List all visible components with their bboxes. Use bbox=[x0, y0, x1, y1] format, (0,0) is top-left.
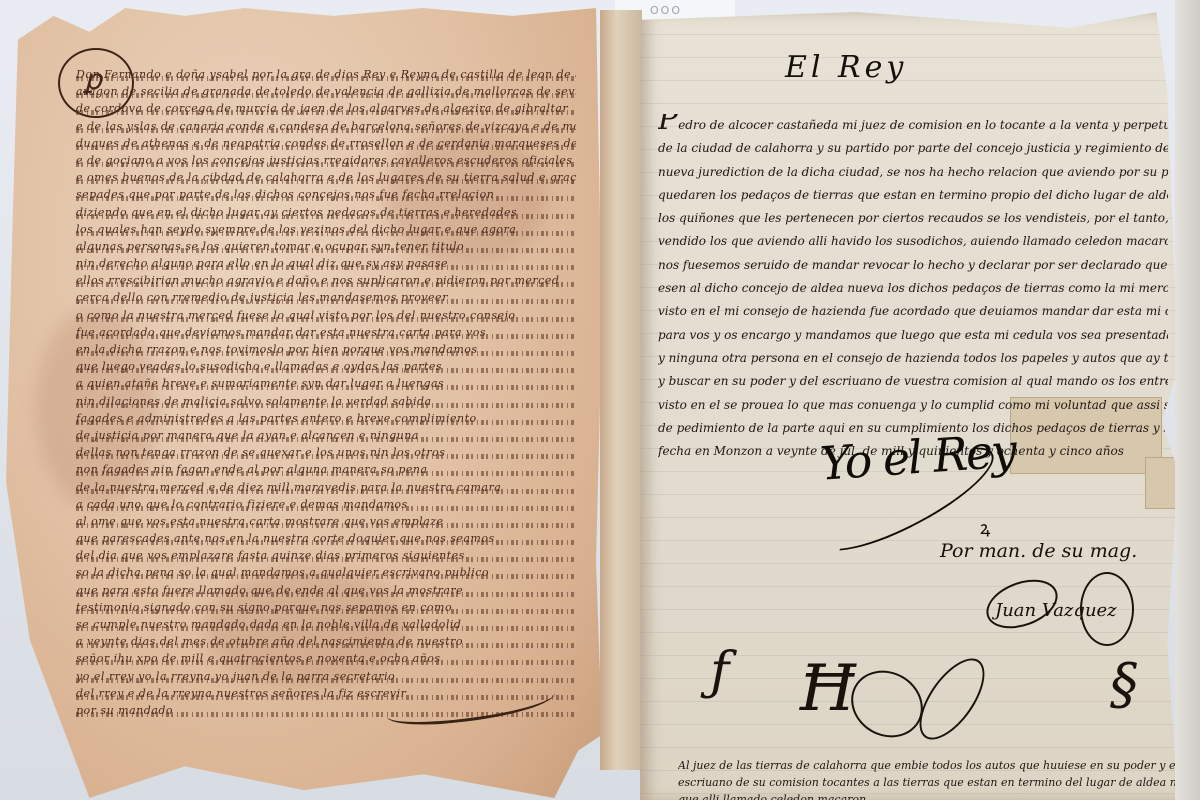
marginal-note: Al juez de las tierras de calahorra que … bbox=[678, 757, 1178, 800]
manuscript-line: Pedro de alcocer castañeda mi juez de co… bbox=[658, 114, 1168, 137]
manuscript-line: dellas non tenga rrazon de se quexar e l… bbox=[76, 446, 576, 463]
manuscript-line: quedaren los pedaços de tierras que esta… bbox=[658, 184, 1168, 207]
right-page-text: Pedro de alcocer castañeda mi juez de co… bbox=[658, 114, 1168, 463]
manuscript-line: de la ciudad de calahorra y su partido p… bbox=[658, 137, 1168, 160]
rubric-mark-icon: ƒ bbox=[710, 642, 729, 702]
manuscript-line: e omes buenos de la çibdad de calahorra … bbox=[76, 171, 576, 188]
manuscript-line: Don Fernando e doña ysabel por la gra de… bbox=[76, 68, 576, 85]
manuscript-line: que luego veades lo susodicho e llamadas… bbox=[76, 360, 576, 377]
manuscript-line: y buscar en su poder y del escriuano de … bbox=[658, 370, 1168, 393]
signature-loop bbox=[1080, 572, 1134, 646]
manuscript-line: que alli llamado celedon macaron bbox=[678, 791, 1178, 800]
manuscript-line: nos fuesemos seruido de mandar revocar l… bbox=[658, 254, 1168, 277]
manuscript-line: çerca dello con rremedio de justiçia les… bbox=[76, 291, 576, 308]
manuscript-line: de justiçia por manera que la ayan e alc… bbox=[76, 429, 576, 446]
left-page-text: Don Fernando e doña ysabel por la gra de… bbox=[76, 68, 576, 721]
book-gutter bbox=[600, 10, 642, 770]
manuscript-line: so la dicha pena so la qual mandamos a q… bbox=[76, 566, 576, 583]
manuscript-line: nin dilaçiones de maliçia salvo solament… bbox=[76, 395, 576, 412]
manuscript-line: visto en el se prouea lo que mas conueng… bbox=[658, 394, 1168, 417]
manuscript-line: ellos rresçibirian mucho agravio e daño … bbox=[76, 274, 576, 291]
manuscript-line: de la nuestra merçed e de diez mill mara… bbox=[76, 481, 576, 498]
rubric-mark-icon: Ħ bbox=[800, 652, 856, 726]
manuscript-line: a quien atañe breve e sumariamente syn d… bbox=[76, 377, 576, 394]
manuscript-line: e de las yslas de canaria conde e condes… bbox=[76, 120, 576, 137]
manuscript-line: esen al dicho concejo de aldea nueva los… bbox=[658, 277, 1168, 300]
manuscript-line: para vos y os encargo y mandamos que lue… bbox=[658, 324, 1168, 347]
manuscript-line: visto en el mi consejo de hazienda fue a… bbox=[658, 300, 1168, 323]
background-edge bbox=[1175, 0, 1200, 800]
background-card-ticks: OOO bbox=[650, 4, 682, 17]
manuscript-line: Al juez de las tierras de calahorra que … bbox=[678, 757, 1178, 774]
manuscript-line: algunas personas se los quieren tomar e … bbox=[76, 240, 576, 257]
manuscript-line: nueva jurediction de la dicha ciudad, se… bbox=[658, 161, 1168, 184]
manuscript-line: se cumple nuestro mandado dada en la nob… bbox=[76, 618, 576, 635]
countersign-text: Por man. de su mag. bbox=[940, 540, 1137, 562]
manuscript-line: y ninguna otra persona en el consejo de … bbox=[658, 347, 1168, 370]
document-heading: El Rey bbox=[785, 50, 907, 85]
manuscript-line: non fagades nin fagan ende al por alguna… bbox=[76, 463, 576, 480]
manuscript-line: al ome que vos esta nuestra carta mostra… bbox=[76, 515, 576, 532]
manuscript-line: del dia que vos emplazare fasta quinze d… bbox=[76, 549, 576, 566]
paper-repair-patch bbox=[1145, 457, 1177, 509]
manuscript-line: fue acordado que deviamos mandar dar est… bbox=[76, 326, 576, 343]
manuscript-line: los quiñones que les pertenecen por cier… bbox=[658, 207, 1168, 230]
manuscript-line: testimonio signado con su signo porque n… bbox=[76, 601, 576, 618]
manuscript-line: duques de athenas e de neopatria condes … bbox=[76, 137, 576, 154]
right-manuscript-page: El Rey Pedro de alcocer castañeda mi jue… bbox=[640, 12, 1178, 800]
manuscript-line: que para esto fuere llamado que de ende … bbox=[76, 584, 576, 601]
manuscript-line: e de goçiano a vos los conçejos justiçia… bbox=[76, 154, 576, 171]
manuscript-line: señor ihu xpo de mill e quatroçientos e … bbox=[76, 652, 576, 669]
manuscript-line: los quales han seydo syempre de los vezi… bbox=[76, 223, 576, 240]
manuscript-line: a cada uno que lo contrario fiziere e de… bbox=[76, 498, 576, 515]
manuscript-line: vendido los que aviendo alli havido los … bbox=[658, 230, 1168, 253]
rubric-mark-icon: § bbox=[1110, 652, 1138, 717]
manuscript-line: sepades que por parte de los dichos conç… bbox=[76, 188, 576, 205]
manuscript-line: escriuano de su comision tocantes a las … bbox=[678, 774, 1178, 791]
manuscript-line: diziendo que en el dicho lugar ay çierto… bbox=[76, 206, 576, 223]
manuscript-line: o como la nuestra merçed fuese lo qual v… bbox=[76, 309, 576, 326]
left-manuscript-page: ꝑ Don Fernando e doña ysabel por la gra … bbox=[6, 8, 602, 798]
manuscript-line: en la dicha rrazon e nos tovimoslo por b… bbox=[76, 343, 576, 360]
manuscript-line: a veynte dias del mes de otubre año del … bbox=[76, 635, 576, 652]
manuscript-line: aragon de secilia de granada de toledo d… bbox=[76, 85, 576, 102]
manuscript-line: de cordova de corçega de murçia de jaen … bbox=[76, 102, 576, 119]
manuscript-line: nin derecho alguno para ello en lo qual … bbox=[76, 257, 576, 274]
manuscript-line: que parescades ante nos en la nuestra co… bbox=[76, 532, 576, 549]
countersign-mark: ꝝ bbox=[980, 516, 990, 540]
manuscript-line: fagades e administredes a las partes ent… bbox=[76, 412, 576, 429]
